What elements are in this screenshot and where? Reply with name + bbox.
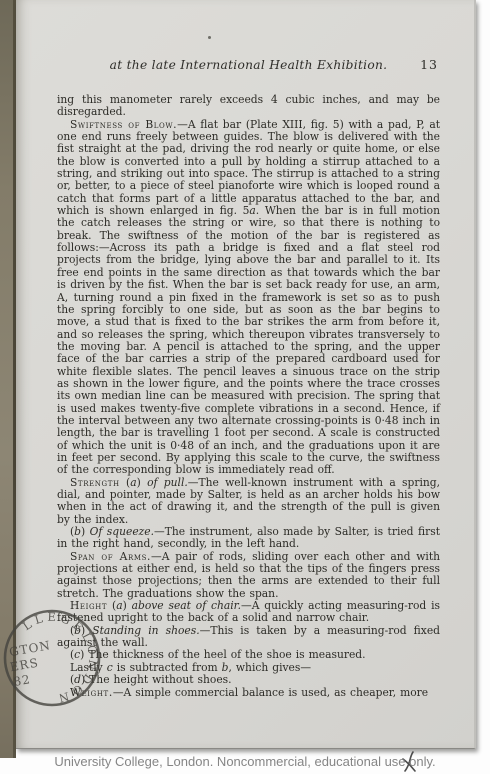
body-text: ing this manometer rarely exceeds 4 cubi…	[57, 94, 440, 699]
text-segment: ) The thickness of the heel of the shoe …	[80, 648, 365, 661]
paragraph: Strength (a) of pull.—The well-known ins…	[57, 477, 440, 526]
scan-speck	[208, 36, 211, 39]
text-segment: above seat of chair.	[132, 599, 241, 612]
text-segment: Span of Arms.	[70, 550, 151, 563]
text-segment: b	[74, 525, 81, 538]
svg-text:LONDON: LONDON	[54, 630, 101, 706]
text-segment: , which gives—	[229, 661, 312, 674]
running-title: at the late International Health Exhibit…	[110, 58, 388, 72]
text-segment: Strength	[70, 476, 120, 489]
paragraph: (b) Of squeeze.—The instrument, also mad…	[57, 526, 440, 551]
text-segment: Of squeeze.	[90, 525, 154, 538]
text-segment: )	[81, 525, 90, 538]
paragraph: (b) Standing in shoes.—This is taken by …	[57, 625, 440, 650]
stamp-arc-right-text: LONDON	[54, 630, 101, 706]
page-number: 13	[420, 57, 438, 72]
text-segment: —A simple commercial balance is used, as…	[113, 686, 428, 699]
text-segment: (	[120, 476, 131, 489]
paragraph: Span of Arms.—A pair of rods, sliding ov…	[57, 551, 440, 600]
stamp-line-3: 82	[12, 672, 31, 689]
text-segment: )	[123, 599, 132, 612]
scanned-book-page: at the late International Health Exhibit…	[0, 0, 490, 774]
text-segment: of pull.	[147, 476, 188, 489]
text-segment: Standing in shoes.	[92, 624, 199, 637]
text-segment: (	[107, 599, 116, 612]
library-stamp: LLEGE LONDON GTON ERS 82	[0, 597, 108, 719]
watermark-caption: University College, London. Noncommercia…	[0, 754, 490, 769]
text-segment: . When the bar is in full motion the cat…	[57, 204, 440, 476]
text-segment: Swiftness of Blow.	[70, 118, 177, 131]
stamp-arc-top-text: LLEGE	[20, 610, 89, 637]
text-segment: —A flat bar (Plate XIII, fig. 5) with a …	[57, 118, 440, 217]
paragraph: Weight.—A simple commercial balance is u…	[57, 687, 440, 699]
paragraph: ing this manometer rarely exceeds 4 cubi…	[57, 94, 440, 119]
paragraph: Swiftness of Blow.—A flat bar (Plate XII…	[57, 119, 440, 477]
paragraph: Height (a) above seat of chair.—A quickl…	[57, 600, 440, 625]
text-segment: is subtracted from	[113, 661, 222, 674]
text-segment: )	[137, 476, 148, 489]
running-head: at the late International Health Exhibit…	[57, 58, 440, 72]
text-segment: ing this manometer rarely exceeds 4 cubi…	[57, 93, 440, 118]
svg-text:LLEGE: LLEGE	[20, 610, 89, 637]
text-segment: b	[222, 661, 229, 674]
